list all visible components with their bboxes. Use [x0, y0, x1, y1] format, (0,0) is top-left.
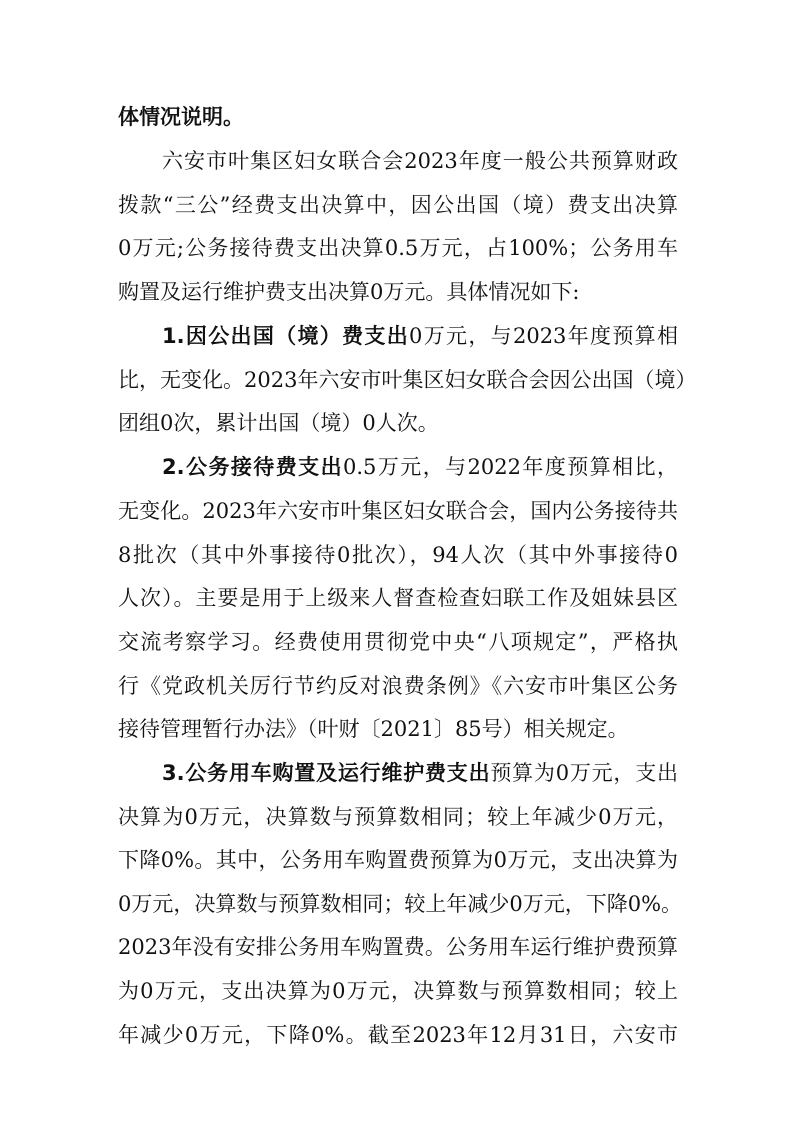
- section-2-line-6: 行《党政机关厉行节约反对浪费条例》《六安市叶集区公务: [118, 671, 678, 701]
- intro-line-1: 六安市叶集区妇女联合会2023年度一般公共预算财政: [162, 146, 678, 176]
- section-3-line-7: 年减少0万元，下降0%。截至2023年12月31日，六安市: [118, 1020, 678, 1050]
- section-3-line-5: 2023年没有安排公务用车购置费。公务用车运行维护费预算: [118, 932, 678, 962]
- section-3-title: 3.公务用车购置及运行维护费支出: [162, 761, 490, 785]
- section-3-line-3: 下降0%。其中，公务用车购置费预算为0万元，支出决算为: [118, 845, 678, 875]
- section-3-line-6: 为0万元，支出决算为0万元，决算数与预算数相同；较上: [118, 976, 678, 1006]
- section-3-line-2: 决算为0万元，决算数与预算数相同；较上年减少0万元，: [118, 802, 678, 832]
- section-1-first-line-text: 0万元，与2023年度预算相: [409, 324, 678, 348]
- section-3-first-line-text: 预算为0万元，支出: [490, 761, 678, 785]
- section-2-line-7: 接待管理暂行办法》（叶财〔2021〕85号）相关规定。: [118, 714, 678, 744]
- section-2-first-line-text: 0.5万元，与2022年度预算相比，: [343, 455, 678, 479]
- section-3-first-line: 3.公务用车购置及运行维护费支出预算为0万元，支出: [162, 758, 678, 788]
- intro-line-4: 购置及运行维护费支出决算0万元。具体情况如下:: [118, 277, 678, 307]
- section-1-line-2: 比，无变化。2023年六安市叶集区妇女联合会因公出国（境）: [118, 365, 678, 395]
- intro-line-3: 0万元;公务接待费支出决算0.5万元，占100%；公务用车: [118, 233, 678, 263]
- section-1-line-3: 团组0次，累计出国（境）0人次。: [118, 408, 678, 438]
- section-2-line-4: 人次）。主要是用于上级来人督查检查妇联工作及姐妹县区: [118, 583, 678, 613]
- section-2-title: 2.公务接待费支出: [162, 455, 343, 479]
- section-2-line-2: 无变化。2023年六安市叶集区妇女联合会，国内公务接待共: [118, 496, 678, 526]
- intro-line-2: 拨款“三公”经费支出决算中，因公出国（境）费支出决算: [118, 190, 678, 220]
- section-heading-tail: 体情况说明。: [118, 102, 678, 132]
- section-2-line-3: 8批次（其中外事接待0批次），94人次（其中外事接待0: [118, 540, 678, 570]
- section-1-title: 1.因公出国（境）费支出: [162, 324, 409, 348]
- section-2-line-5: 交流考察学习。经费使用贯彻党中央“八项规定”，严格执: [118, 627, 678, 657]
- section-2-first-line: 2.公务接待费支出0.5万元，与2022年度预算相比，: [162, 452, 678, 482]
- section-1-first-line: 1.因公出国（境）费支出0万元，与2023年度预算相: [162, 321, 678, 351]
- section-3-line-4: 0万元，决算数与预算数相同；较上年减少0万元，下降0%。: [118, 889, 678, 919]
